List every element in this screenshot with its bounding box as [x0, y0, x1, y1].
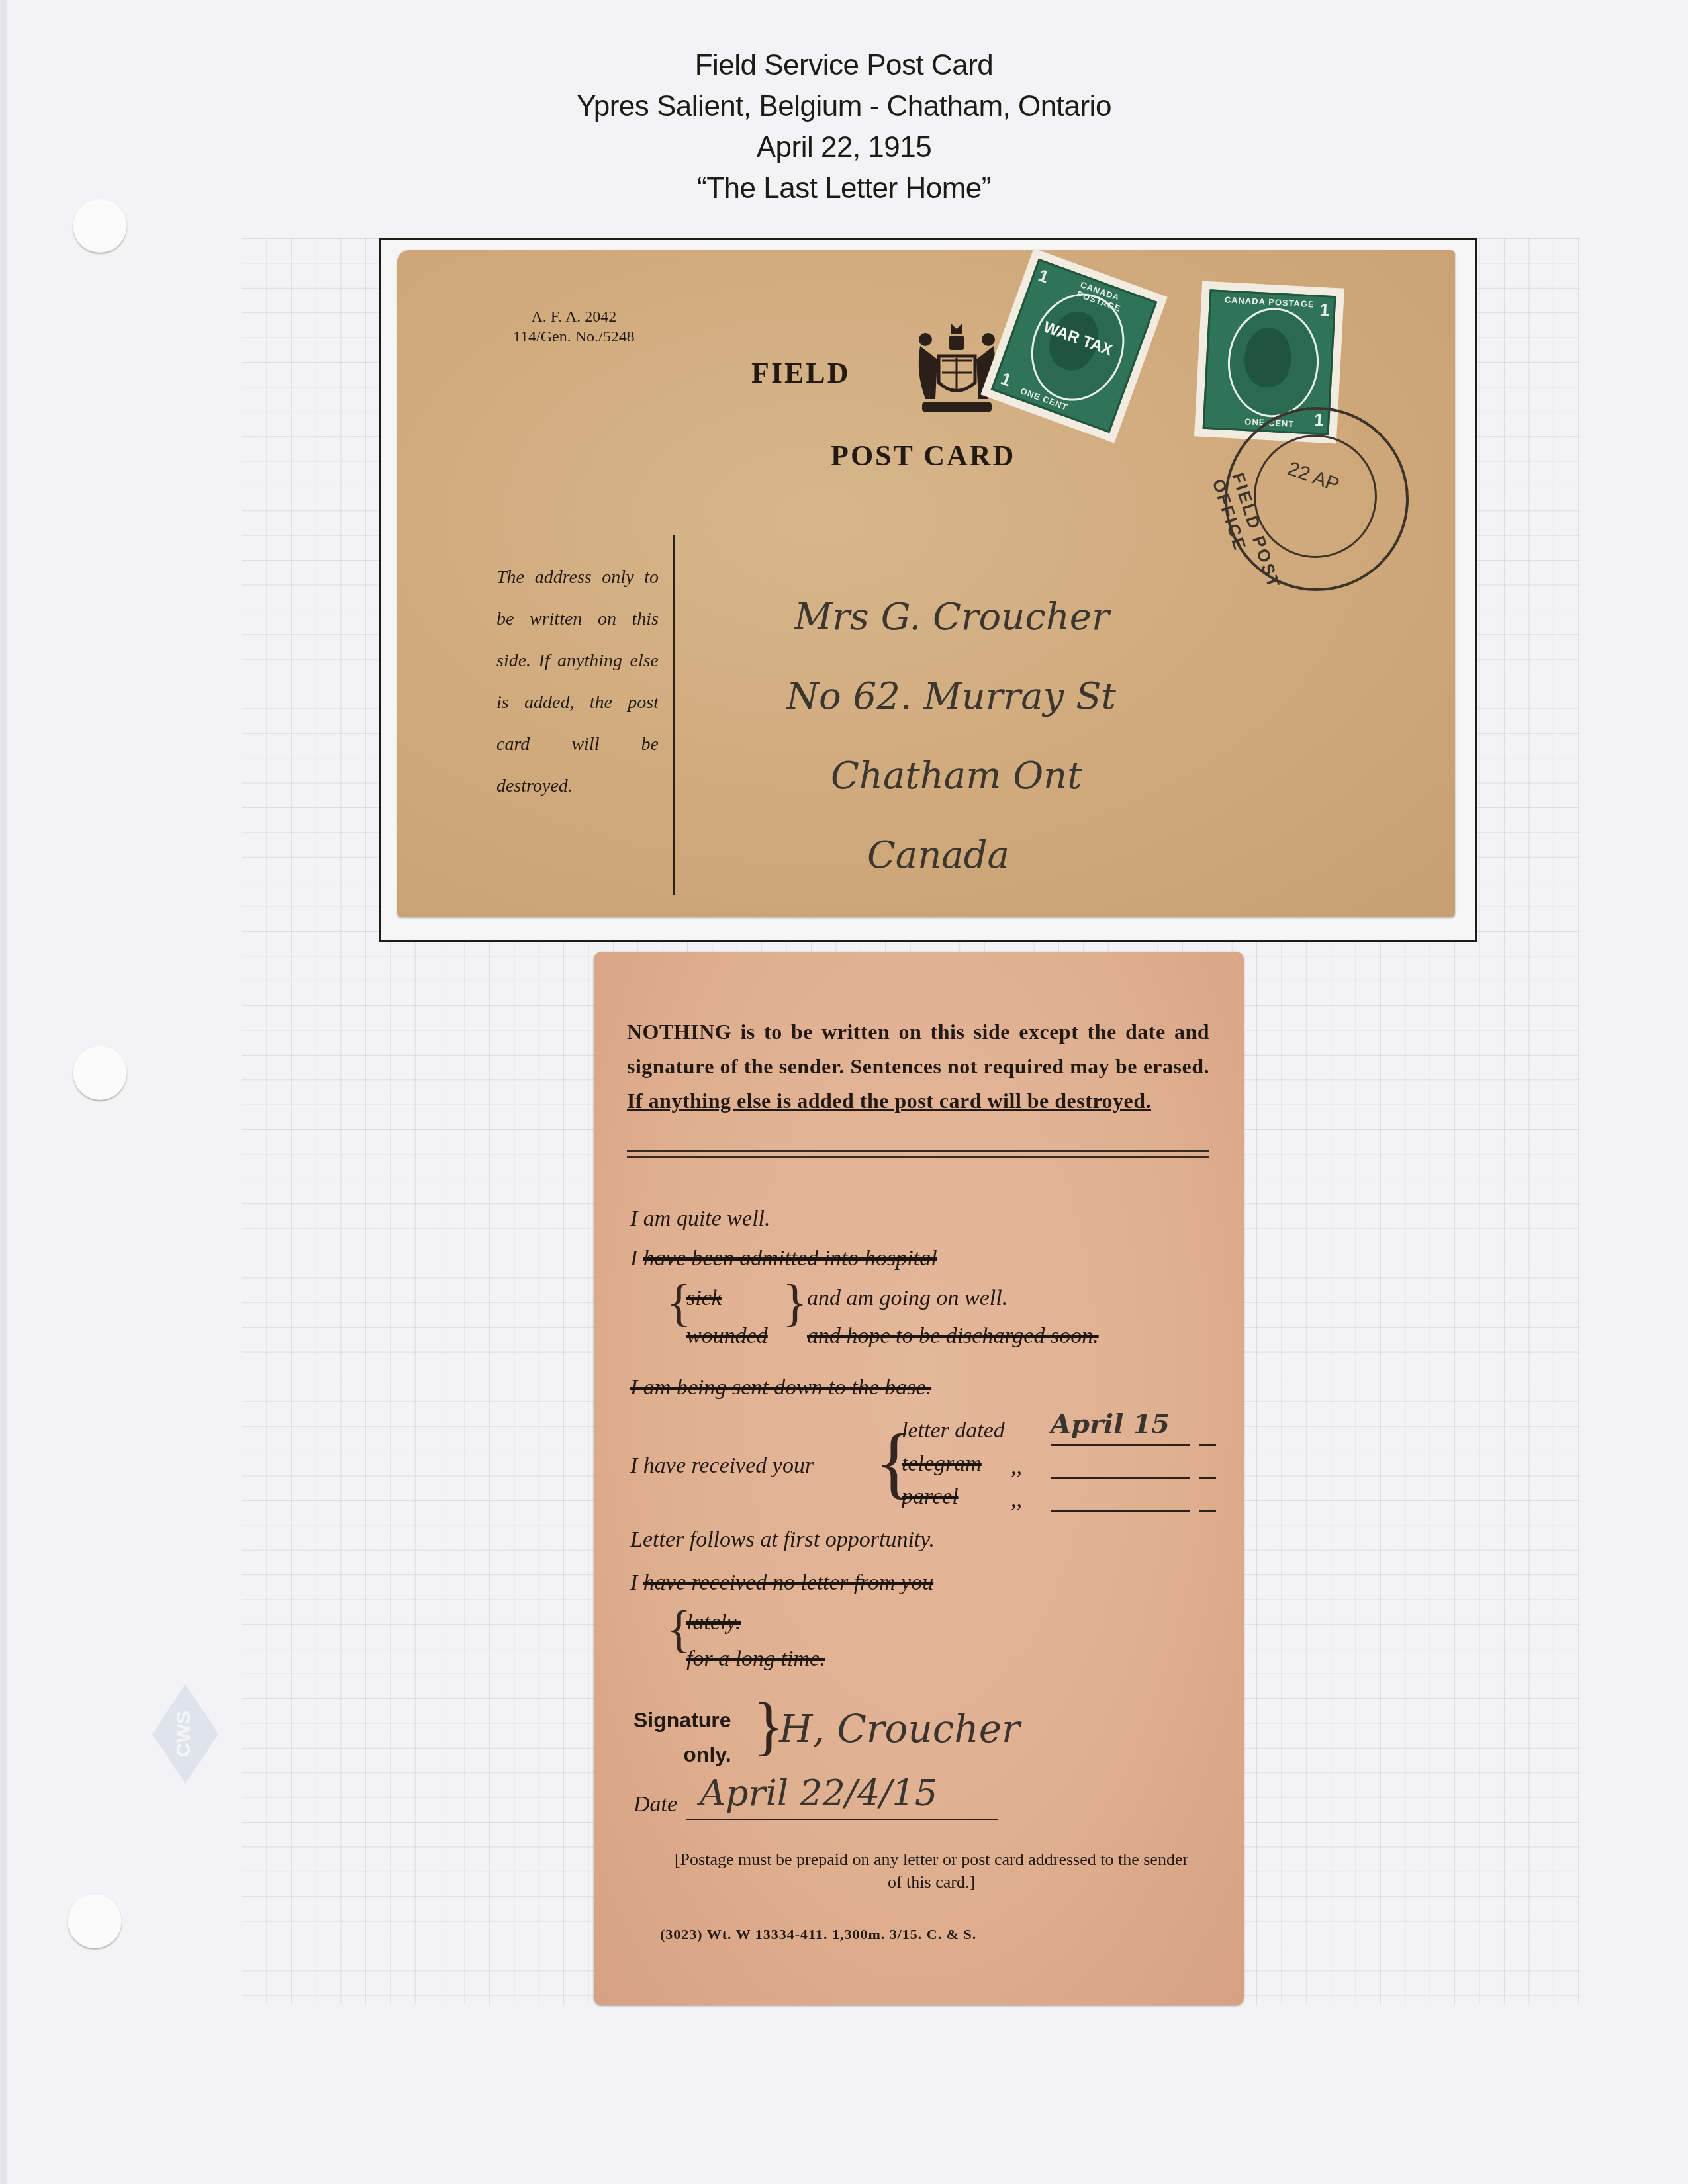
date-label: Date [633, 1792, 677, 1817]
option-long-time: for a long time. [686, 1647, 825, 1672]
ditto-mark: ,, [1011, 1455, 1022, 1480]
stamp-country: CANADA POSTAGE [1224, 295, 1315, 309]
struck-text: have received no letter from you [643, 1570, 933, 1595]
option-parcel: parcel [902, 1484, 959, 1510]
received-prefix: I have received your [630, 1453, 814, 1479]
address-line-country: Canada [867, 816, 1116, 895]
line-discharged-soon: and hope to be discharged soon. [807, 1324, 1099, 1349]
line-sent-to-base: I am being sent down to the base. [630, 1375, 931, 1400]
option-lately: lately. [686, 1610, 741, 1635]
line-prefix: I [630, 1570, 637, 1595]
page-date: April 22, 1915 [0, 127, 1688, 168]
vertical-divider [673, 535, 675, 895]
stamp-denomination: 1 [1319, 300, 1330, 321]
line-admitted-hospital: I have been admitted into hospital [630, 1246, 937, 1271]
option-telegram: telegram [902, 1451, 982, 1477]
address-side-instructions: The address only to be written on this s… [496, 557, 659, 807]
notice-text: NOTHING is to be written on this side ex… [627, 1015, 1209, 1118]
postcard-back: NOTHING is to be written on this side ex… [594, 952, 1244, 2005]
stamp-denomination: 1 [1035, 265, 1051, 287]
struck-text: have been admitted into hospital [643, 1246, 937, 1271]
signature-label: Signature only. [633, 1703, 731, 1772]
cws-watermark-logo: CWS [152, 1684, 218, 1784]
fill-line [1051, 1477, 1190, 1479]
handwritten-date: April 22/4/15 [700, 1772, 937, 1814]
line-quite-well: I am quite well. [630, 1206, 771, 1232]
ditto-mark: ,, [1011, 1488, 1022, 1513]
fill-line [1051, 1510, 1190, 1512]
double-rule [627, 1150, 1209, 1158]
option-sick: sick [686, 1286, 722, 1311]
date-fill-line [686, 1819, 998, 1820]
binder-punch-hole-middle [73, 1046, 127, 1100]
stamp-denomination: 1 [998, 368, 1014, 390]
fill-line [1199, 1477, 1216, 1479]
handwritten-address: Mrs G. Croucher No 62. Murray St Chatham… [794, 578, 1116, 895]
line-letter-follows: Letter follows at first opportunity. [630, 1527, 935, 1553]
option-letter-dated: letter dated [902, 1418, 1005, 1443]
fill-line [1199, 1444, 1216, 1446]
form-code: A. F. A. 2042 114/Gen. No./5248 [513, 307, 635, 347]
signature-label-1: Signature [633, 1703, 731, 1737]
form-code-line-1: A. F. A. 2042 [513, 307, 635, 327]
card-title-post-card: POST CARD [831, 439, 1015, 473]
notice-part-1: NOTHING is to be written on this side ex… [627, 1020, 1209, 1078]
page-subtitle: Ypres Salient, Belgium - Chatham, Ontari… [0, 86, 1688, 127]
binder-punch-hole-bottom [68, 1894, 122, 1948]
line-prefix: I [630, 1246, 637, 1271]
address-line-street: No 62. Murray St [786, 657, 1116, 737]
form-code-line-2: 114/Gen. No./5248 [513, 327, 635, 347]
svg-text:CWS: CWS [173, 1711, 195, 1757]
line-no-letter: I have received no letter from you [630, 1570, 933, 1596]
fill-line [1199, 1510, 1216, 1512]
handwritten-letter-date: April 15 [1051, 1408, 1170, 1439]
page-header: Field Service Post Card Ypres Salient, B… [0, 45, 1688, 209]
postage-note: [Postage must be prepaid on any letter o… [667, 1848, 1196, 1893]
handwritten-signature: H, Croucher [779, 1706, 1020, 1751]
card-title-field: FIELD [751, 356, 850, 390]
printer-imprint: (3023) Wt. W 13334-411. 1,300m. 3/15. C.… [660, 1926, 976, 1943]
option-wounded: wounded [686, 1324, 768, 1349]
line-going-on-well: and am going on well. [807, 1286, 1008, 1311]
page-edge [0, 0, 7, 2184]
notice-warning-underlined: If anything else is added the post card … [627, 1089, 1151, 1113]
royal-coat-of-arms-icon [912, 320, 1002, 419]
fill-line [1051, 1444, 1190, 1446]
field-post-office-postmark: FIELD POST OFFICE 22 AP [1225, 407, 1409, 591]
signature-label-2: only. [633, 1737, 731, 1772]
brace: } [782, 1277, 807, 1329]
address-line-city: Chatham Ont [831, 737, 1116, 816]
page-caption: “The Last Letter Home” [0, 168, 1688, 209]
page-title: Field Service Post Card [0, 45, 1688, 86]
address-line-name: Mrs G. Croucher [794, 578, 1116, 657]
